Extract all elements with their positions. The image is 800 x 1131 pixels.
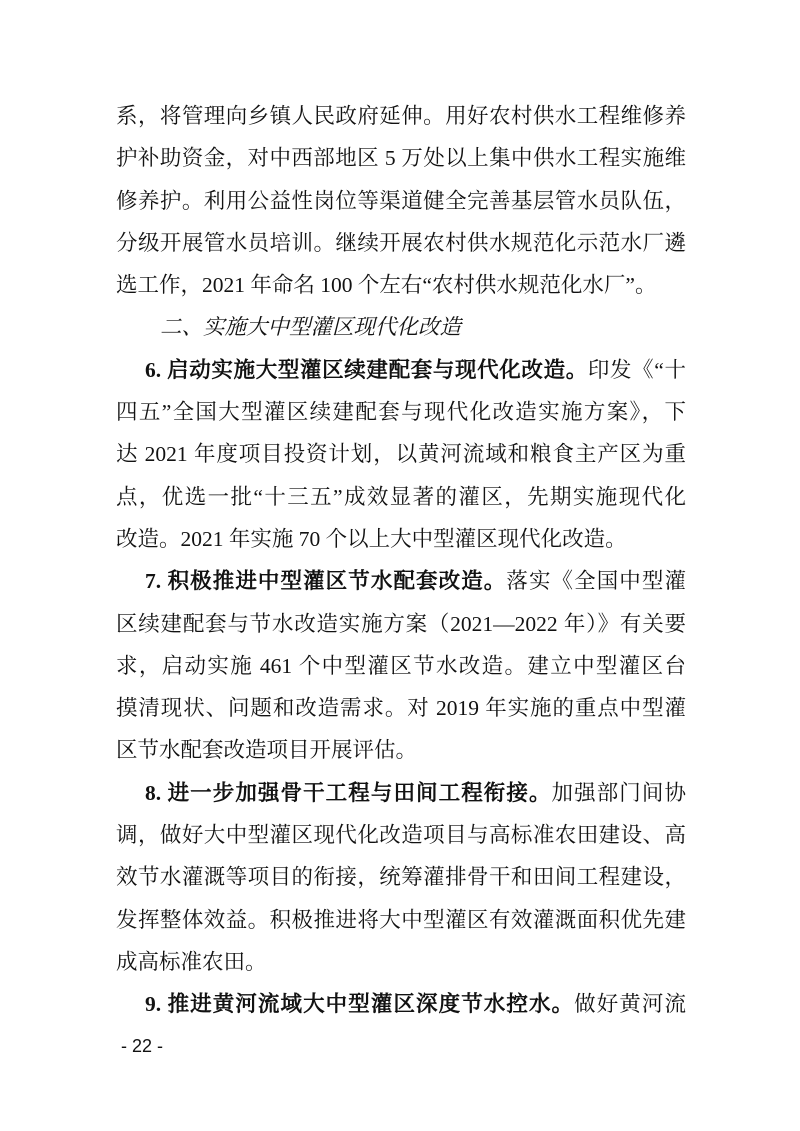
body-text: 摸清现状、问题和改造需求。对 2019 年实施的重点中型灌 (116, 696, 686, 720)
item-title-bold: 6. 启动实施大型灌区续建配套与现代化改造。 (145, 358, 588, 382)
text-line: 分级开展管水员培训。继续开展农村供水规范化示范水厂遴 (116, 222, 686, 264)
body-text: 修养护。利用公益性岗位等渠道健全完善基层管水员队伍， (116, 189, 686, 213)
body-text: 二、实施大中型灌区现代化改造 (160, 315, 461, 339)
item-title-bold: 9. 推进黄河流域大中型灌区深度节水控水。 (145, 992, 574, 1016)
text-line: 区节水配套改造项目开展评估。 (116, 729, 686, 771)
body-text: 落实《全国中型灌 (506, 569, 686, 593)
body-text: 印发《“十 (588, 358, 686, 382)
page-number: - 22 - (121, 1035, 163, 1057)
text-line: 发挥整体效益。积极推进将大中型灌区有效灌溉面积优先建 (116, 899, 686, 941)
text-line: 修养护。利用公益性岗位等渠道健全完善基层管水员队伍， (116, 180, 686, 222)
body-text: 求，启动实施 461 个中型灌区节水改造。建立中型灌区台账， (116, 654, 686, 687)
text-line: 区续建配套与节水改造实施方案（2021—2022 年）》有关要 (116, 603, 686, 645)
text-line: 四五”全国大型灌区续建配套与现代化改造实施方案》，下 (116, 391, 686, 433)
body-text: 系，将管理向乡镇人民政府延伸。用好农村供水工程维修养 (116, 104, 686, 128)
body-text: 成高标准农田。 (116, 950, 267, 974)
body-text: 区节水配套改造项目开展评估。 (116, 738, 417, 762)
item-title-bold: 7. 积极推进中型灌区节水配套改造。 (145, 569, 506, 593)
text-line: 调，做好大中型灌区现代化改造项目与高标准农田建设、高 (116, 814, 686, 856)
document-page: 系，将管理向乡镇人民政府延伸。用好农村供水工程维修养护补助资金，对中西部地区 5… (0, 0, 800, 1131)
text-line: 6. 启动实施大型灌区续建配套与现代化改造。印发《“十 (116, 349, 686, 391)
text-line: 护补助资金，对中西部地区 5 万处以上集中供水工程实施维 (116, 137, 686, 179)
body-text: 发挥整体效益。积极推进将大中型灌区有效灌溉面积优先建 (116, 908, 686, 932)
text-line: 点，优选一批“十三五”成效显著的灌区，先期实施现代化 (116, 476, 686, 518)
body-text: 护补助资金，对中西部地区 5 万处以上集中供水工程实施维 (116, 146, 686, 170)
body-text: 做好黄河流 (574, 992, 686, 1016)
body-text: 效节水灌溉等项目的衔接，统筹灌排骨干和田间工程建设， (116, 865, 686, 889)
section-heading: 二、实施大中型灌区现代化改造 (116, 306, 686, 348)
body-text: 区续建配套与节水改造实施方案（2021—2022 年）》有关要 (116, 612, 686, 636)
text-line: 摸清现状、问题和改造需求。对 2019 年实施的重点中型灌 (116, 687, 686, 729)
text-line: 选工作，2021 年命名 100 个左右“农村供水规范化水厂”。 (116, 264, 686, 306)
document-body: 系，将管理向乡镇人民政府延伸。用好农村供水工程维修养护补助资金，对中西部地区 5… (116, 95, 686, 1026)
body-text: 选工作，2021 年命名 100 个左右“农村供水规范化水厂”。 (116, 273, 656, 297)
text-line: 求，启动实施 461 个中型灌区节水改造。建立中型灌区台账， (116, 645, 686, 687)
text-line: 改造。2021 年实施 70 个以上大中型灌区现代化改造。 (116, 518, 686, 560)
text-line: 7. 积极推进中型灌区节水配套改造。落实《全国中型灌 (116, 560, 686, 602)
text-line: 效节水灌溉等项目的衔接，统筹灌排骨干和田间工程建设， (116, 856, 686, 898)
text-line: 9. 推进黄河流域大中型灌区深度节水控水。做好黄河流 (116, 983, 686, 1025)
item-title-bold: 8. 进一步加强骨干工程与田间工程衔接。 (145, 781, 552, 805)
body-text: 点，优选一批“十三五”成效显著的灌区，先期实施现代化 (116, 485, 686, 509)
body-text: 四五”全国大型灌区续建配套与现代化改造实施方案》，下 (116, 400, 686, 424)
body-text: 分级开展管水员培训。继续开展农村供水规范化示范水厂遴 (116, 231, 686, 255)
text-line: 成高标准农田。 (116, 941, 686, 983)
text-line: 8. 进一步加强骨干工程与田间工程衔接。加强部门间协 (116, 772, 686, 814)
body-text: 达 2021 年度项目投资计划，以黄河流域和粮食主产区为重 (116, 442, 686, 466)
text-line: 达 2021 年度项目投资计划，以黄河流域和粮食主产区为重 (116, 433, 686, 475)
body-text: 加强部门间协 (552, 781, 686, 805)
text-line: 系，将管理向乡镇人民政府延伸。用好农村供水工程维修养 (116, 95, 686, 137)
body-text: 改造。2021 年实施 70 个以上大中型灌区现代化改造。 (116, 527, 627, 551)
body-text: 调，做好大中型灌区现代化改造项目与高标准农田建设、高 (116, 823, 686, 847)
